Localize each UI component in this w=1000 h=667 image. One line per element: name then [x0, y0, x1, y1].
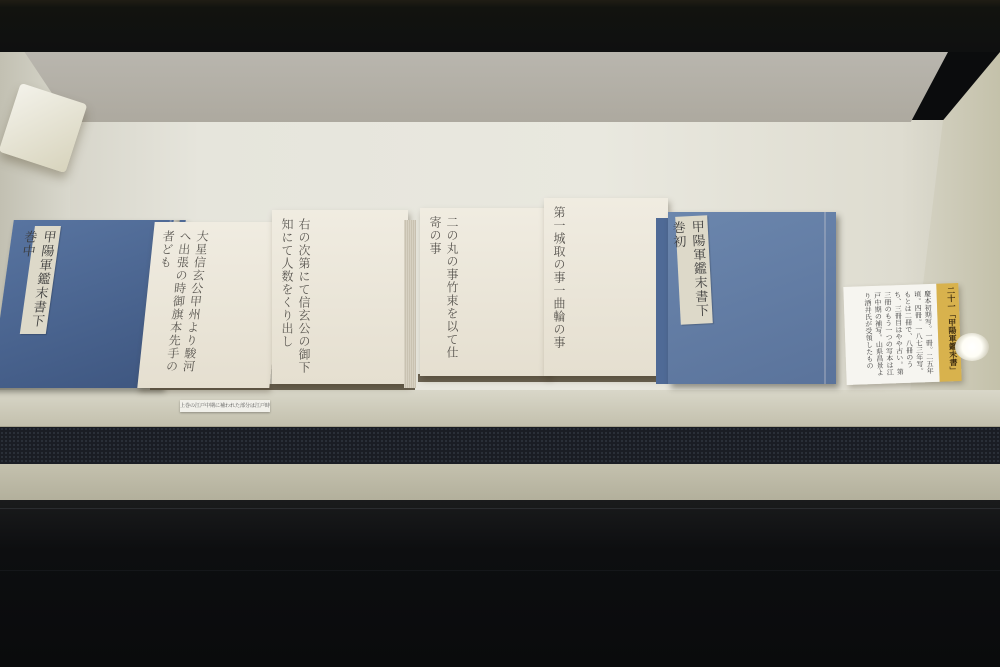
display-shelf [0, 390, 1000, 426]
right-page: 右の次第にて信玄公の御下知にて人数をくり出し [272, 210, 408, 384]
title-slip: 甲陽軍鑑末書下巻中 [20, 226, 61, 334]
case-ceiling [18, 52, 948, 122]
left-page: 二の丸の事竹束を以て仕寄の事 [420, 208, 550, 376]
display-case-scene: 甲陽軍鑑末書下巻中 大星信玄公甲州より駿河へ出張の時御旗本先手の者ども 右の次第… [0, 0, 1000, 667]
base-seam [0, 570, 1000, 571]
case-base [0, 500, 1000, 667]
open-book-2: 二の丸の事竹束を以て仕寄の事 第一城取の事一曲輪の事 [416, 196, 678, 388]
closed-book-right: 甲陽軍鑑末書下巻初 [668, 212, 836, 384]
title-slip: 甲陽軍鑑末書下巻初 [675, 215, 713, 325]
info-card-body: 慶本初期写。一冊。二五年頃。四冊。一八七三年写。もとは二冊で、八冊のうち、三冊目… [843, 284, 939, 385]
case-top-frame [0, 0, 1000, 52]
info-card: 二十一「甲陽軍鑑末書」 慶本初期写。一冊。二五年頃。四冊。一八七三年写。もとは二… [843, 283, 961, 385]
open-book-1: 大星信玄公甲州より駿河へ出張の時御旗本先手の者ども 右の次第にて信玄公の御下知に… [142, 208, 424, 390]
left-page: 大星信玄公甲州より駿河へ出張の時御旗本先手の者ども [137, 222, 286, 388]
base-seam [0, 508, 1000, 509]
right-page: 第一城取の事一曲輪の事 [544, 198, 668, 376]
case-ledge [0, 464, 1000, 500]
spotlight [955, 333, 989, 361]
caption-label: 上巻の江戸中期に補われた部分は江戸時 [180, 400, 270, 412]
ventilation-grille [0, 426, 1000, 466]
info-card-title: 二十一「甲陽軍鑑末書」 [936, 283, 961, 382]
